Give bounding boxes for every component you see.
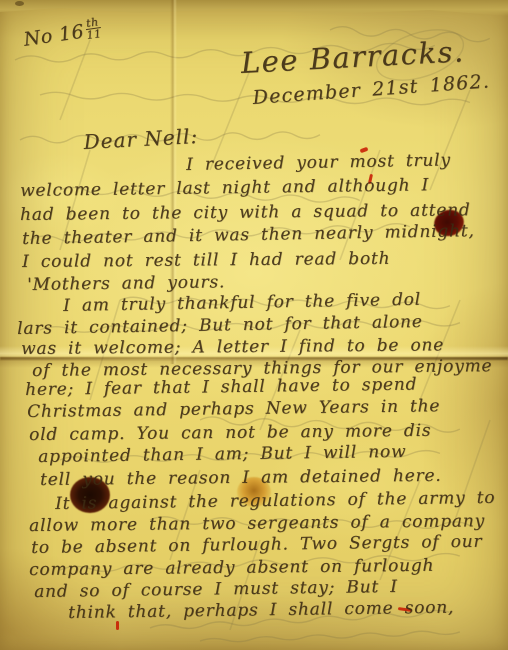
letter-line: think that, perhaps I shall come soon, [68, 598, 454, 623]
letter-line: tell you the reason I am detained here. [40, 466, 442, 490]
letter-line: appointed than I am; But I will now [38, 442, 407, 467]
show-through-squiggle [200, 630, 460, 643]
salutation: Dear Nell: [83, 124, 199, 154]
paper-speck [15, 1, 24, 6]
letter-line: was it welcome; A letter I find to be on… [21, 335, 444, 359]
letter-line: It is against the regulations of the arm… [55, 488, 496, 514]
show-through-stroke [60, 40, 90, 120]
show-through-stroke [430, 90, 470, 190]
letter-number-prefix: No 16 [22, 21, 85, 51]
red-exclamation-mark [116, 621, 119, 630]
letter-line: had been to the city with a squad to att… [20, 200, 471, 225]
letter-line: 'Mothers and yours. [27, 272, 225, 295]
letter-number: No 16th11 [22, 16, 102, 51]
letter-line: Christmas and perhaps New Years in the [27, 396, 440, 422]
place-line: Lee Barracks. [240, 34, 465, 80]
letter-line: here; I fear that I shall have to spend [25, 375, 417, 400]
letter-line: I received your most truly [186, 150, 451, 175]
letter-page: No 16th11 Lee Barracks. December 21st 18… [0, 0, 508, 650]
letter-line: lars it contained; But not for that alon… [17, 312, 423, 339]
letter-line: the theater and it was then nearly midni… [22, 221, 475, 249]
letter-line: welcome letter last night and although I [20, 175, 429, 201]
letter-line: to be absent on furlough. Two Sergts of … [31, 532, 483, 558]
letter-number-fraction: th11 [84, 16, 102, 41]
paper-top-edge [0, 0, 508, 16]
letter-line: I could not rest till I had read both [22, 249, 390, 272]
